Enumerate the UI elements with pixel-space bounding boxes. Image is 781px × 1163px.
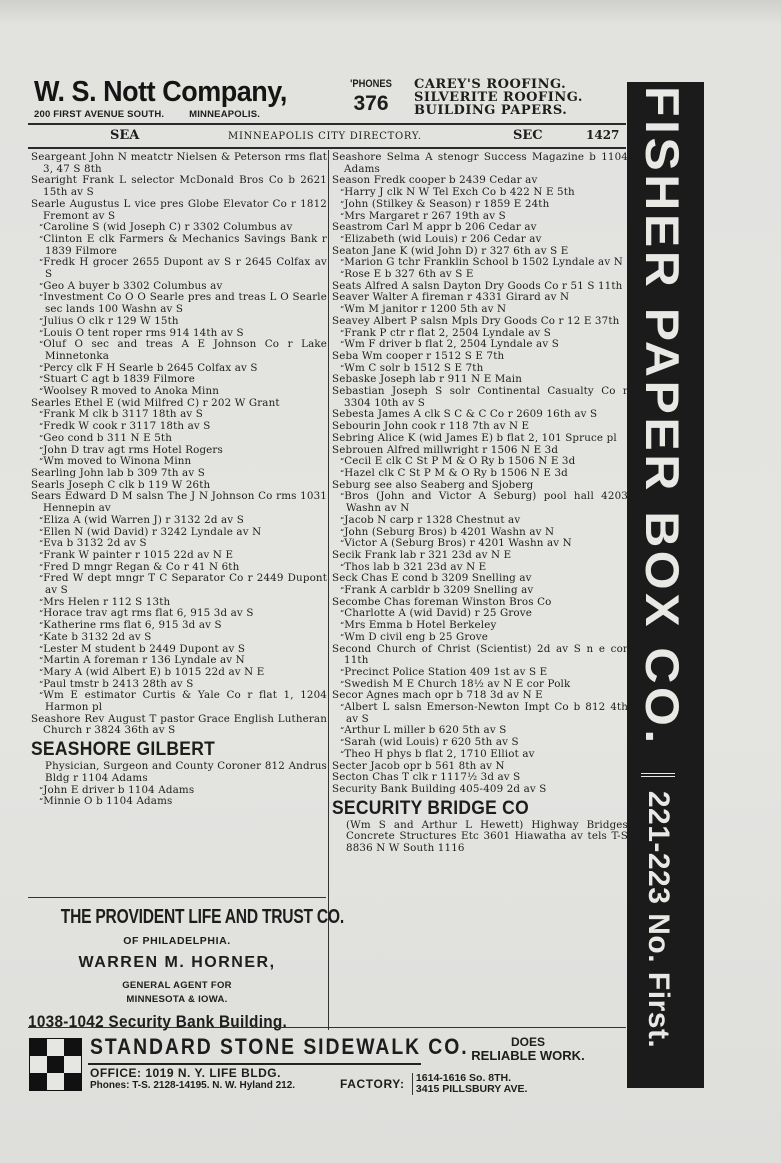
directory-entry: John (Stilkey & Season) r 1859 E 24th: [332, 199, 628, 211]
provident-subtitle: OF PHILADELPHIA.: [28, 935, 326, 947]
nott-street: 200 FIRST AVENUE SOUTH.: [34, 109, 164, 120]
directory-entry: Elizabeth (wid Louis) r 206 Cedar av: [332, 234, 628, 246]
right-column: Seashore Selma A stenogr Success Magazin…: [332, 152, 628, 855]
directory-entry: Julius O clk r 129 W 15th: [31, 316, 327, 328]
directory-entry: Seashore Selma A stenogr Success Magazin…: [332, 152, 628, 175]
directory-entry: Wm D civil eng b 25 Grove: [332, 632, 628, 644]
directory-entry: Searight Frank L selector McDonald Bros …: [31, 175, 327, 198]
directory-entry: Mary A (wid Albert E) b 1015 22d av N E: [31, 667, 327, 679]
header-advertisement: W. S. Nott Company, 200 FIRST AVENUE SOU…: [28, 76, 626, 120]
factory-addresses: 1614-1616 So. 8TH. 3415 PILLSBURY AVE.: [412, 1073, 527, 1095]
products-list: CAREY'S ROOFING. SILVERITE ROOFING. BUIL…: [414, 78, 583, 117]
featured-listing-name: SEASHORE GILBERT: [31, 739, 303, 761]
header-rule: [28, 123, 626, 125]
directory-entry: Oluf O sec and treas A E Johnson Co r La…: [31, 339, 327, 362]
left-column: Seargeant John N meatctr Nielsen & Peter…: [31, 152, 327, 808]
standard-stone-tagline: DOES RELIABLE WORK.: [433, 1036, 623, 1062]
directory-entry: Theo H phys b flat 2, 1710 Elliot av: [332, 749, 628, 761]
running-head-rule: [28, 147, 626, 149]
featured-listing-detail: Physician, Surgeon and County Coroner 81…: [31, 761, 327, 784]
directory-entry: Geo cond b 311 N E 5th: [31, 433, 327, 445]
directory-title: MINNEAPOLIS CITY DIRECTORY.: [228, 131, 422, 142]
standard-stone-advertisement: STANDARD STONE SIDEWALK CO. OFFICE: 1019…: [28, 1027, 626, 1090]
phones-block: 'PHONES 376: [341, 78, 401, 116]
fisher-address: 221-223 No. First.: [641, 773, 675, 1048]
directory-entry: Bros (John and Victor A Seburg) pool hal…: [332, 491, 628, 514]
tagline-line: DOES: [511, 1035, 545, 1049]
directory-entry: Security Bank Building 405-409 2d av S: [332, 784, 628, 796]
right-entries: Seashore Selma A stenogr Success Magazin…: [332, 152, 628, 796]
directory-entry: Second Church of Christ (Scientist) 2d a…: [332, 644, 628, 667]
provident-role: GENERAL AGENT FOR MINNESOTA & IOWA.: [28, 979, 326, 1007]
directory-entry: Jacob N carp r 1328 Chestnut av: [332, 515, 628, 527]
directory-entry: Clinton E clk Farmers & Mechanics Saving…: [31, 234, 327, 257]
standard-stone-underline: [88, 1063, 421, 1065]
directory-entry: Eliza A (wid Warren J) r 3132 2d av S: [31, 515, 327, 527]
phones-label: 'PHONES: [346, 78, 397, 90]
product-line: BUILDING PAPERS.: [414, 104, 583, 117]
directory-entry: Sebastian Joseph S solr Continental Casu…: [332, 386, 628, 409]
directory-entry: Seashore Rev August T pastor Grace Engli…: [31, 714, 327, 737]
provident-agent: WARREN M. HORNER,: [28, 954, 326, 972]
column-divider: [328, 150, 329, 1030]
directory-entry: Sebring Alice K (wid James E) b flat 2, …: [332, 433, 628, 445]
left-after-entries: John E driver b 1104 AdamsMinnie O b 110…: [31, 785, 327, 808]
directory-entry: Frank A carbldr b 3209 Snelling av: [332, 585, 628, 597]
directory-entry: Searle Augustus L vice pres Globe Elevat…: [31, 199, 327, 222]
fisher-company-name: FISHER PAPER BOX CO.: [634, 86, 689, 747]
provident-advertisement: THE PROVIDENT LIFE AND TRUST CO. OF PHIL…: [28, 897, 326, 1033]
directory-entry: Rose E b 327 6th av S E: [332, 269, 628, 281]
directory-entry: Precinct Police Station 409 1st av S E: [332, 667, 628, 679]
fisher-side-advertisement: FISHER PAPER BOX CO.221-223 No. First.: [627, 82, 704, 1088]
directory-entry: Seba Wm cooper r 1512 S E 7th: [332, 351, 628, 363]
directory-entry: Hazel clk C St P M & O Ry b 1506 N E 3d: [332, 468, 628, 480]
featured-listing-detail: (Wm S and Arthur L Hewett) Highway Bridg…: [332, 820, 628, 855]
directory-entry: Seavey Albert P salsn Mpls Dry Goods Co …: [332, 316, 628, 328]
fisher-text: FISHER PAPER BOX CO.221-223 No. First.: [633, 86, 691, 1048]
provident-role-line: MINNESOTA & IOWA.: [28, 993, 326, 1007]
directory-entry: Minnie O b 1104 Adams: [31, 796, 327, 808]
factory-label: FACTORY:: [340, 1077, 405, 1091]
directory-entry: Searling John lab b 309 7th av S: [31, 468, 327, 480]
provident-title: THE PROVIDENT LIFE AND TRUST CO.: [61, 906, 293, 929]
directory-entry: Wm E estimator Curtis & Yale Co r flat 1…: [31, 690, 327, 713]
page-number: 1427: [586, 128, 619, 142]
directory-entry: Sears Edward D M salsn The J N Johnson C…: [31, 491, 327, 514]
factory-address: 3415 PILLSBURY AVE.: [416, 1083, 527, 1095]
provident-role-line: GENERAL AGENT FOR: [28, 979, 326, 993]
nott-company-name: W. S. Nott Company,: [34, 76, 287, 109]
directory-entry: Kate b 3132 2d av S: [31, 632, 327, 644]
directory-entry: Albert L salsn Emerson-Newton Impt Co b …: [332, 702, 628, 725]
standard-stone-factory: FACTORY: 1614-1616 So. 8TH. 3415 PILLSBU…: [340, 1073, 527, 1095]
nott-city: MINNEAPOLIS.: [189, 109, 260, 120]
left-entries: Seargeant John N meatctr Nielsen & Peter…: [31, 152, 327, 737]
standard-stone-phones: Phones: T-S. 2128-14195. N. W. Hyland 21…: [90, 1080, 295, 1091]
featured-listing-name: SECURITY BRIDGE CO: [332, 798, 604, 820]
tagline-line: RELIABLE WORK.: [433, 1049, 623, 1062]
directory-entry: Seargeant John N meatctr Nielsen & Peter…: [31, 152, 327, 175]
phones-number: 376: [341, 92, 401, 116]
directory-entry: Investment Co O O Searle pres and treas …: [31, 292, 327, 315]
directory-entry: Secik Frank lab r 321 23d av N E: [332, 550, 628, 562]
checkerboard-logo-icon: [29, 1038, 82, 1091]
running-head: SEA MINNEAPOLIS CITY DIRECTORY. SEC 1427: [28, 127, 626, 145]
directory-page: W. S. Nott Company, 200 FIRST AVENUE SOU…: [0, 0, 781, 1163]
nott-company-address: 200 FIRST AVENUE SOUTH. MINNEAPOLIS.: [34, 109, 260, 120]
guide-word-first: SEA: [110, 128, 139, 143]
directory-entry: Fred W dept mngr T C Separator Co r 2449…: [31, 573, 327, 596]
directory-entry: Fredk H grocer 2655 Dupont av S r 2645 C…: [31, 257, 327, 280]
standard-stone-office: OFFICE: 1019 N. Y. LIFE BLDG.: [90, 1066, 281, 1080]
standard-stone-name: STANDARD STONE SIDEWALK CO.: [90, 1034, 469, 1060]
guide-word-last: SEC: [513, 128, 543, 143]
directory-entry: Frank W painter r 1015 22d av N E: [31, 550, 327, 562]
directory-entry: Woolsey R moved to Anoka Minn: [31, 386, 327, 398]
